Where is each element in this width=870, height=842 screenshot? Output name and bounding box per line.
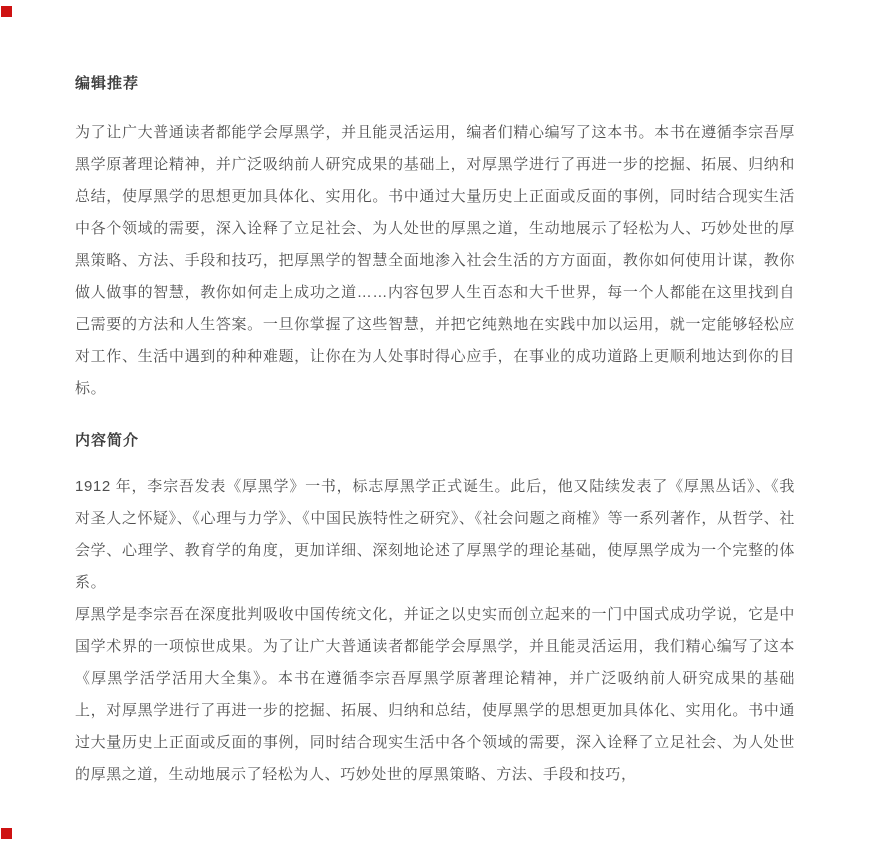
section-heading-content-introduction: 内容简介 <box>75 431 795 451</box>
document-content: 编辑推荐 为了让广大普通读者都能学会厚黑学，并且能灵活运用，编者们精心编写了这本… <box>0 0 870 791</box>
section-heading-editorial-recommendation: 编辑推荐 <box>75 74 795 94</box>
red-corner-marker-top <box>1 6 12 17</box>
paragraph-content-introduction-2: 厚黑学是李宗吾在深度批判吸收中国传统文化，并证之以史实而创立起来的一门中国式成功… <box>75 599 795 791</box>
paragraph-content-introduction-1: 1912 年，李宗吾发表《厚黑学》一书，标志厚黑学正式诞生。此后，他又陆续发表了… <box>75 471 795 599</box>
paragraph-editorial-recommendation: 为了让广大普通读者都能学会厚黑学，并且能灵活运用，编者们精心编写了这本书。本书在… <box>75 117 795 405</box>
document-page: 编辑推荐 为了让广大普通读者都能学会厚黑学，并且能灵活运用，编者们精心编写了这本… <box>0 0 870 842</box>
red-corner-marker-bottom <box>1 828 12 839</box>
